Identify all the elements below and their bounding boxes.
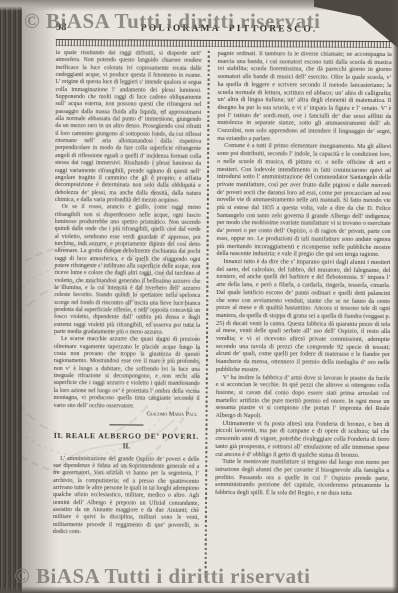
body-paragraph: Or se il rosso, arancio e giallo, come r… bbox=[54, 204, 201, 337]
right-column: pagnie ordinati. Il tamburo fa le divers… bbox=[215, 51, 392, 580]
ornamental-rule bbox=[56, 39, 392, 48]
page-content: 98 POLIORAMA PITTORESCO. la quale risult… bbox=[53, 14, 392, 587]
journal-title: POLIORAMA PITTORESCO. bbox=[66, 23, 392, 35]
body-paragraph: Ultimamente vi fu posta altresì una Fond… bbox=[215, 421, 389, 461]
body-paragraph: Innanzi tutto è da dire che s’ imparano … bbox=[216, 259, 391, 376]
page-header: 98 POLIORAMA PITTORESCO. bbox=[56, 22, 392, 38]
body-paragraph: pagnie ordinati. Il tamburo fa le divers… bbox=[217, 51, 392, 144]
book-gutter-shadow bbox=[0, 0, 22, 593]
scan-edge-bottom bbox=[0, 586, 398, 593]
page-number: 98 bbox=[56, 22, 67, 33]
section-divider-rule bbox=[109, 424, 143, 425]
column-divider bbox=[205, 51, 210, 579]
body-paragraph: Le scarse macchie azzurre che quasi stag… bbox=[54, 336, 200, 410]
body-paragraph: Tutte le mentovate manifatture si tengon… bbox=[215, 459, 389, 499]
left-column: la quale risultando dai raggi diffratti,… bbox=[53, 50, 202, 579]
section-subtitle: II. bbox=[53, 443, 199, 451]
author-signature: Giacomo Maria Paci. bbox=[54, 410, 200, 419]
body-paragraph: Comune è a tutti il primo elementare ins… bbox=[217, 143, 392, 260]
body-paragraph: V’ ha inoltre la fabbrica d’ armi dove s… bbox=[216, 375, 390, 422]
text-columns: la quale risultando dai raggi diffratti,… bbox=[53, 50, 392, 580]
body-paragraph: la quale risultando dai raggi diffratti,… bbox=[55, 50, 202, 205]
body-paragraph: L’ amministrazione del grande Ospizio de… bbox=[53, 456, 199, 538]
scan-edge-right bbox=[392, 0, 398, 593]
section-title: IL REALE ALBERGO DE’ POVERI. bbox=[53, 432, 199, 440]
